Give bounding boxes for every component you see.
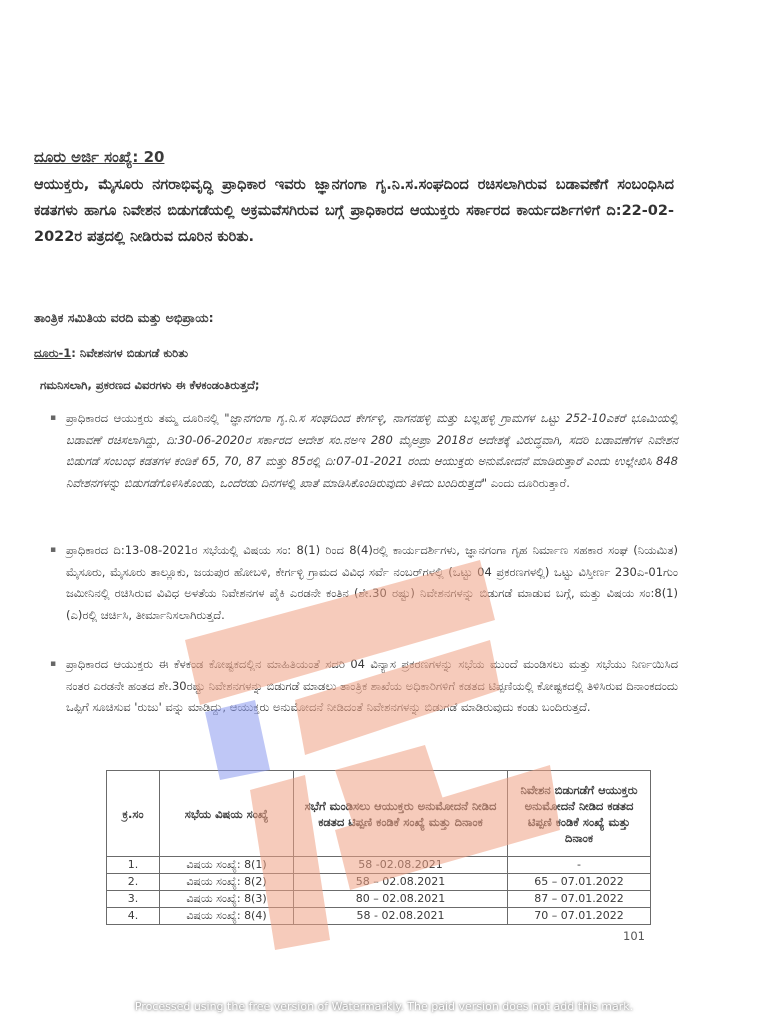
watermark-footer: Processed using the free version of Wate… — [0, 1000, 768, 1013]
document-page: ದೂರು ಅರ್ಜಿ ಸಂಖ್ಯೆ: 20 ಆಯುಕ್ತರು, ಮೈಸೂರು ನ… — [0, 0, 768, 1024]
watermark-logo — [0, 0, 768, 1024]
